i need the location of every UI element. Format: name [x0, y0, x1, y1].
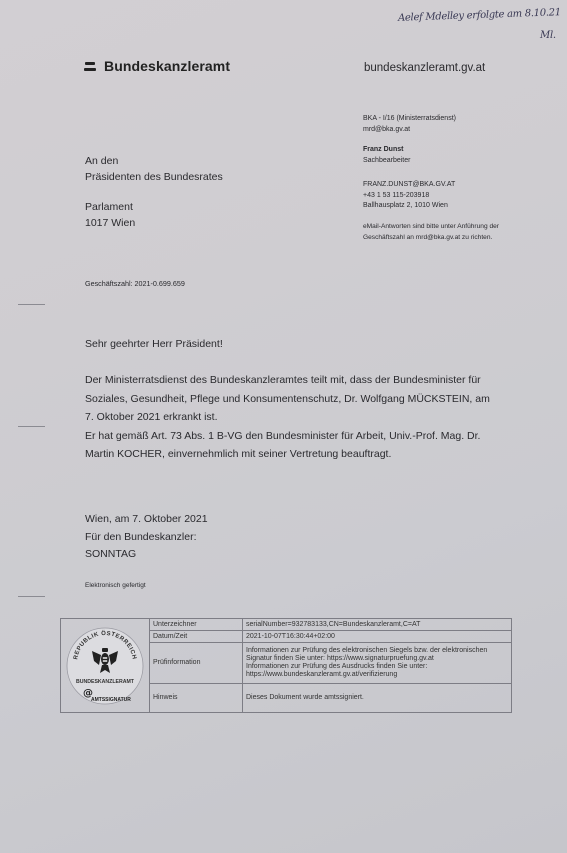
body-line: Soziales, Gesundheit, Pflege und Konsume… — [85, 390, 505, 409]
sender-person: Franz Dunst Sachbearbeiter — [363, 145, 410, 166]
sender-name: Franz Dunst — [363, 146, 403, 153]
salutation: Sehr geehrter Herr Präsident! — [85, 338, 223, 350]
recipient-block-1: An den Präsidenten des Bundesrates — [85, 154, 223, 185]
value-datetime: 2021-10-07T16:30:44+02:00 — [243, 631, 512, 643]
body-line: Er hat gemäß Art. 73 Abs. 1 B-VG den Bun… — [85, 427, 505, 446]
bka-logo-icon — [84, 62, 96, 71]
electronic-signed-note: Elektronisch gefertigt — [85, 582, 146, 589]
sender-department: BKA - I/16 (Ministerratsdienst) mrd@bka.… — [363, 114, 456, 135]
recipient-line: Parlament — [85, 200, 135, 216]
body-line: Der Ministerratsdienst des Bundeskanzler… — [85, 371, 505, 390]
label-signer: Unterzeichner — [150, 619, 243, 631]
seal-org: BUNDESKANZLERAMT — [76, 679, 135, 685]
place-date: Wien, am 7. Oktober 2021 — [85, 511, 208, 529]
closing: Wien, am 7. Oktober 2021 Für den Bundesk… — [85, 511, 208, 564]
website: bundeskanzleramt.gv.at — [364, 62, 485, 74]
fold-mark — [18, 426, 45, 427]
seal-cell: REPUBLIK ÖSTERREICH BUNDESKANZLERAMT @ — [61, 619, 150, 713]
recipient-line: 1017 Wien — [85, 216, 135, 232]
recipient-block-2: Parlament 1017 Wien — [85, 200, 135, 231]
sender-role: Sachbearbeiter — [363, 156, 410, 167]
recipient-line: Präsidenten des Bundesrates — [85, 170, 223, 186]
logo-text: Bundeskanzleramt — [104, 58, 230, 74]
value-note: Dieses Dokument wurde amtssigniert. — [243, 683, 512, 712]
signer-name: SONNTAG — [85, 546, 208, 564]
body-line: Martin KOCHER, einvernehmlich mit seiner… — [85, 445, 505, 464]
label-note: Hinweis — [150, 683, 243, 712]
value-verification: Informationen zur Prüfung des elektronis… — [243, 643, 512, 683]
seal-badge: AMTSSIGNATUR — [91, 697, 131, 703]
signature-table: REPUBLIK ÖSTERREICH BUNDESKANZLERAMT @ — [60, 618, 512, 713]
handwritten-note-initials: Ml. — [540, 30, 556, 41]
fold-mark — [18, 596, 45, 597]
sender-contact: FRANZ.DUNST@BKA.GV.AT +43 1 53 115-20391… — [363, 180, 455, 212]
amtssignatur-seal-icon: REPUBLIK ÖSTERREICH BUNDESKANZLERAMT @ — [65, 621, 145, 711]
reference-number: Geschäftszahl: 2021-0.699.659 — [85, 279, 185, 288]
reply-note: eMail-Antworten sind bitte unter Anführu… — [363, 222, 499, 243]
recipient-line: An den — [85, 154, 223, 170]
department-name: BKA - I/16 (Ministerratsdienst) — [363, 114, 456, 125]
sender-phone: +43 1 53 115-203918 — [363, 191, 455, 202]
fold-mark — [18, 304, 45, 305]
sender-address: Ballhausplatz 2, 1010 Wien — [363, 201, 455, 212]
handwritten-note-line-1: Aelef Mdelley erfolgte am 8.10.21 — [398, 7, 561, 24]
sender-email: FRANZ.DUNST@BKA.GV.AT — [363, 180, 455, 191]
on-behalf: Für den Bundeskanzler: — [85, 529, 208, 547]
letter-body: Der Ministerratsdienst des Bundeskanzler… — [85, 371, 505, 464]
label-verification: Prüfinformation — [150, 643, 243, 683]
body-line: 7. Oktober 2021 erkrankt ist. — [85, 408, 505, 427]
value-signer: serialNumber=932783133,CN=Bundeskanzlera… — [243, 619, 512, 631]
bka-logo: Bundeskanzleramt — [84, 58, 230, 74]
label-datetime: Datum/Zeit — [150, 631, 243, 643]
department-email: mrd@bka.gv.at — [363, 125, 456, 136]
